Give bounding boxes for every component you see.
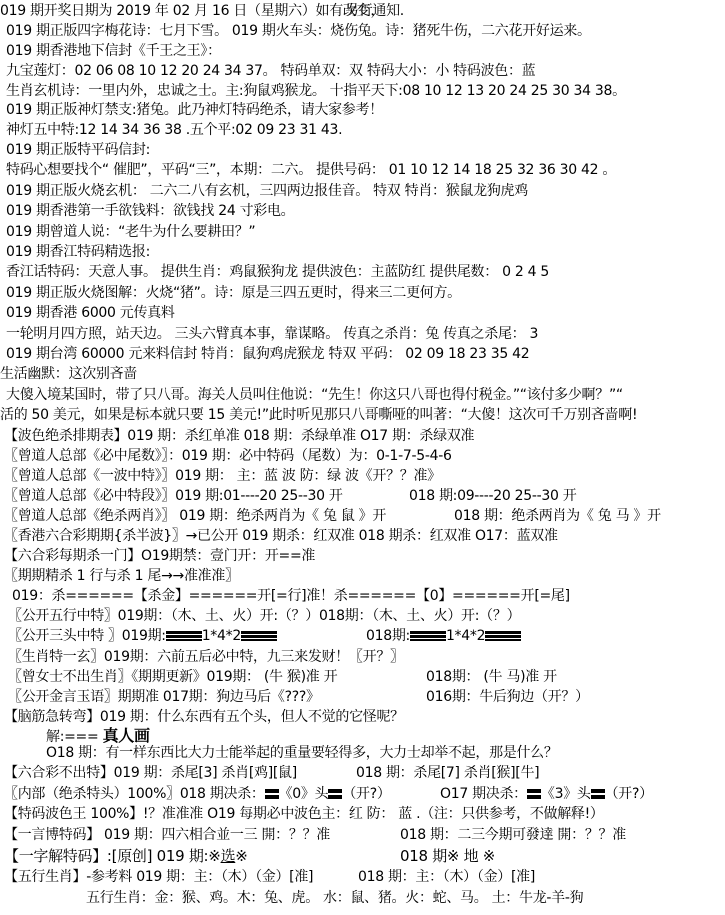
one-char-decode-line: 【一字解特码】:[原创] 019 期:※选※ 018 期※ 地 ※: [4, 847, 248, 865]
one-char-019-suffix: ※: [235, 847, 247, 865]
internal-kill-head-line: 〖内部（绝杀特头）100%〗018 期决杀：《0》头（开?） O17 期决杀：《…: [4, 785, 391, 803]
double-bar-icon: [265, 789, 279, 799]
brain-teaser-018: O18 期：有一样东西比大力士能举起的重量要轻得多，大力士却举不起，那是什么？: [46, 744, 558, 762]
block-bar-icon: [485, 631, 521, 641]
humor-heading: 生活幽默：这次别吝啬: [0, 365, 137, 383]
kill-half-wave-line: 〖香港六合彩期期{杀半波}〗→已公开 019 期杀：红双准 018 期杀：红双准…: [4, 527, 558, 545]
five-elements-mapping: 五行生肖：金：猴、鸡。木：兔、虎。 水：鼠、猪。火：蛇、马。 土：牛龙-羊-狗: [86, 889, 583, 907]
ms-zeng-019: 〖曾女士不出生肖〗《期期更新》019期： (牛 猴)准 开: [8, 669, 337, 685]
zeng-daoren-says-line: 019 期曾道人说：“老牛为什么要耕田？”: [6, 223, 255, 241]
segment-018: 018 期:09----20 25--30 开: [409, 487, 576, 505]
wave-color-kill-schedule: 【波色绝杀排期表】019 期：杀红单准 018 期：杀绿单准 O17 期：杀绿双…: [4, 427, 474, 445]
plum-blossom-poem-line: 019 期正版四字梅花诗：七月下雪。 019 期火车头：烧伤兔。诗：猪死牛伤，二…: [6, 22, 591, 40]
one-word-bet-line: 【一言博特码】 019 期：四六相合並一三 開：？？准 018 期：二三今期可發…: [4, 826, 330, 844]
must-hit-tail-line: 〖曾道人总部《必中尾数》〗：019 期：必中特码（尾数）为：0-1-7-5-4-…: [4, 447, 452, 465]
hk-envelope-heading: 019 期香港地下信封《千王之王》：: [6, 42, 221, 60]
fire-mystery-line: 019 期正版火烧玄机： 二六二八有玄机，三四两边报佳音。 特双 特肖：猴鼠龙狗…: [6, 182, 528, 200]
one-word-bet-018: 018 期：二三今期可發達 開：？？准: [400, 826, 626, 844]
kill-head-018-label: 〖内部（绝杀特头）100%〗018 期决杀：: [4, 786, 265, 802]
humor-story-line-1: 大傻入境某国时，带了只八哥。海关人员叫住他说：“先生！你这只八哥也得付税金。”“…: [6, 386, 623, 404]
wave-color-king-line: 【特码波色王 100%】!？准准准 O19 每期必中波色主：红 防： 蓝 .（注…: [4, 805, 604, 823]
divine-lamp-numbers-line: 神灯五中特:12 14 34 36 38 .五个平:02 09 23 31 43…: [6, 121, 342, 139]
zodiac-special-mystery-line: 〖生肖特一玄〗019期：六前五后必中特，九三来发财！〖开？〗: [8, 648, 404, 666]
kill-two-zodiac-line: 〖曾道人总部《绝杀两肖》〗 019 期：绝杀两肖为《 兔 鼠 》开 018 期：…: [4, 507, 386, 525]
answer-text: 真人画: [103, 726, 150, 745]
five-elements-018: 018 期：主：（木）（金）[准]: [358, 868, 535, 886]
ms-zeng-018: 018期： (牛 马)准 开: [426, 668, 557, 686]
golden-words-016: 016期：牛后狗边（开？）: [426, 688, 589, 706]
golden-words-line: 〖公开金言玉语〗期期准 017期：狗边马后《???》 016期：牛后狗边（开？）: [8, 688, 320, 706]
three-heads-019-value: 1*4*2: [202, 628, 241, 644]
kill-row-tail-heading: 〖期期精杀 1 行与杀 1 尾→→准准准〗: [4, 567, 239, 585]
special-code-wish-line: 特码心想要找个“ 催肥”，平码“三”，本期：二六。 提供号码： 01 10 12…: [6, 161, 616, 179]
block-bar-icon: [241, 631, 277, 641]
notice-suffix: 另行通知.: [345, 2, 404, 20]
three-heads-018-label: 018期:: [366, 628, 410, 644]
brain-teaser-question: 【脑筋急转弯】019 期：什么东西有五个头，但人不觉的它怪呢？: [4, 708, 404, 726]
kill-head-017-suffix: （开?）: [605, 786, 653, 802]
answer-label: 解:===: [46, 729, 98, 745]
kill-two-019: 〖曾道人总部《绝杀两肖》〗 019 期：绝杀两肖为《 兔 鼠 》开: [4, 508, 386, 524]
three-heads-special-line: 〖公开三头中特 〗019期:1*4*2 018期:1*4*2: [8, 627, 277, 645]
hk-first-hand-line: 019 期香港第一手欲钱料：欲钱找 24 寸彩电。: [6, 202, 294, 220]
golden-words-017: 〖公开金言玉语〗期期准 017期：狗边马后《???》: [8, 689, 320, 705]
no-special-line: 【六合彩不出特】019 期：杀尾[3] 杀肖[鸡][鼠] 018 期：杀尾[7]…: [4, 764, 297, 782]
nine-lotus-lamp-line: 九宝莲灯：02 06 08 10 12 20 24 34 37。 特码单双：双 …: [6, 62, 535, 80]
one-char-019-value: 选: [221, 847, 236, 865]
draw-date-text: 019 期开奖日期为 2019 年 02 月 16 日（星期六）如有改变，: [0, 3, 384, 19]
one-char-019-label: 【一字解特码】:[原创] 019 期:※: [4, 847, 221, 865]
double-bar-icon: [328, 789, 342, 799]
xiangjiang-heading: 019 期香江特码精选报:: [6, 243, 150, 261]
must-hit-segment-line: 〖曾道人总部《必中特段》〗019 期:01----20 25--30 开 018…: [4, 487, 343, 505]
kill-head-017-label: O17 期决杀：: [440, 786, 527, 802]
five-elements-zodiac-line: 【五行生肖】-参考料 019 期：主：（木）（金）[准] 018 期：主：（木）…: [4, 868, 313, 886]
one-wave-line: 〖曾道人总部《一波中特》〗019 期： 主：蓝 波 防：绿 波《开？？准》: [4, 467, 441, 485]
block-bar-icon: [410, 631, 446, 641]
kill-head-018-value: 《0》头: [279, 786, 329, 802]
xiangjiang-details-line: 香江话特码：天意人事。 提供生肖：鸡鼠猴狗龙 提供波色：主蓝防红 提供尾数： 0…: [6, 263, 549, 281]
five-elements-019: 【五行生肖】-参考料 019 期：主：（木）（金）[准]: [4, 869, 313, 885]
segment-019: 〖曾道人总部《必中特段》〗019 期:01----20 25--30 开: [4, 488, 343, 504]
draw-date-notice: 019 期开奖日期为 2019 年 02 月 16 日（星期六）如有改变， 另行…: [0, 2, 384, 20]
zodiac-riddle-line: 生肖玄机诗：一里内外，忠诚之士。主:狗鼠鸡猴龙。 十指平天下:08 10 12 …: [6, 82, 626, 100]
double-bar-icon: [527, 789, 541, 799]
hk-6000-fax-heading: 019 期香港 6000 元传真料: [6, 304, 175, 322]
special-flat-envelope-heading: 019 期正版特平码信封:: [6, 141, 150, 159]
three-heads-018-value: 1*4*2: [446, 628, 485, 644]
kill-head-017-value: 《3》头: [541, 786, 591, 802]
block-bar-icon: [166, 631, 202, 641]
divine-lamp-ban-line: 019 期正版神灯禁支:猪兔。此乃神灯特码绝杀，请大家参考！: [6, 101, 383, 119]
three-heads-019-label: 〖公开三头中特 〗019期:: [8, 628, 166, 644]
kill-two-018: 018 期：绝杀两肖为《 兔 马 》开: [454, 507, 661, 525]
kill-row-tail-detail: 019：杀======【杀金】======开[=行]准！杀======【0】==…: [12, 587, 570, 605]
no-special-019: 【六合彩不出特】019 期：杀尾[3] 杀肖[鸡][鼠]: [4, 765, 297, 781]
double-bar-icon: [591, 789, 605, 799]
one-word-bet-019: 【一言博特码】 019 期：四六相合並一三 開：？？准: [4, 827, 330, 843]
one-char-018: 018 期※ 地 ※: [400, 847, 495, 865]
taiwan-60000-line: 019 期台湾 60000 元来料信封 特肖：鼠狗鸡虎猴龙 特双 平码： 02 …: [6, 345, 529, 363]
kill-head-018-suffix: （开?）: [342, 786, 390, 802]
humor-story-line-2: 活的 50 美元，如果是标本就只要 15 美元!”此时听见那只八哥嘶哑的叫著：“…: [0, 406, 637, 424]
ms-zeng-no-zodiac-line: 〖曾女士不出生肖〗《期期更新》019期： (牛 猴)准 开 018期： (牛 马…: [8, 668, 337, 686]
kill-one-door-line: 【六合彩每期杀一门】O19期禁：壹门开：开==准: [4, 547, 315, 565]
no-special-018: 018 期：杀尾[7] 杀肖[猴][牛]: [356, 764, 539, 782]
fire-diagram-line: 019 期正版火烧图解：火烧“猪”。诗：原是三四五更时，得来三二更何方。: [6, 284, 461, 302]
bright-moon-line: 一轮明月四方照，站天边。 三头六臂真本事，靠谋略。 传真之杀肖：兔 传真之杀尾：…: [6, 325, 538, 343]
five-elements-special-line: 〖公开五行中特〗019期：（木、土、火）开:（？）018期：（木、土、火）开:（…: [8, 607, 520, 625]
